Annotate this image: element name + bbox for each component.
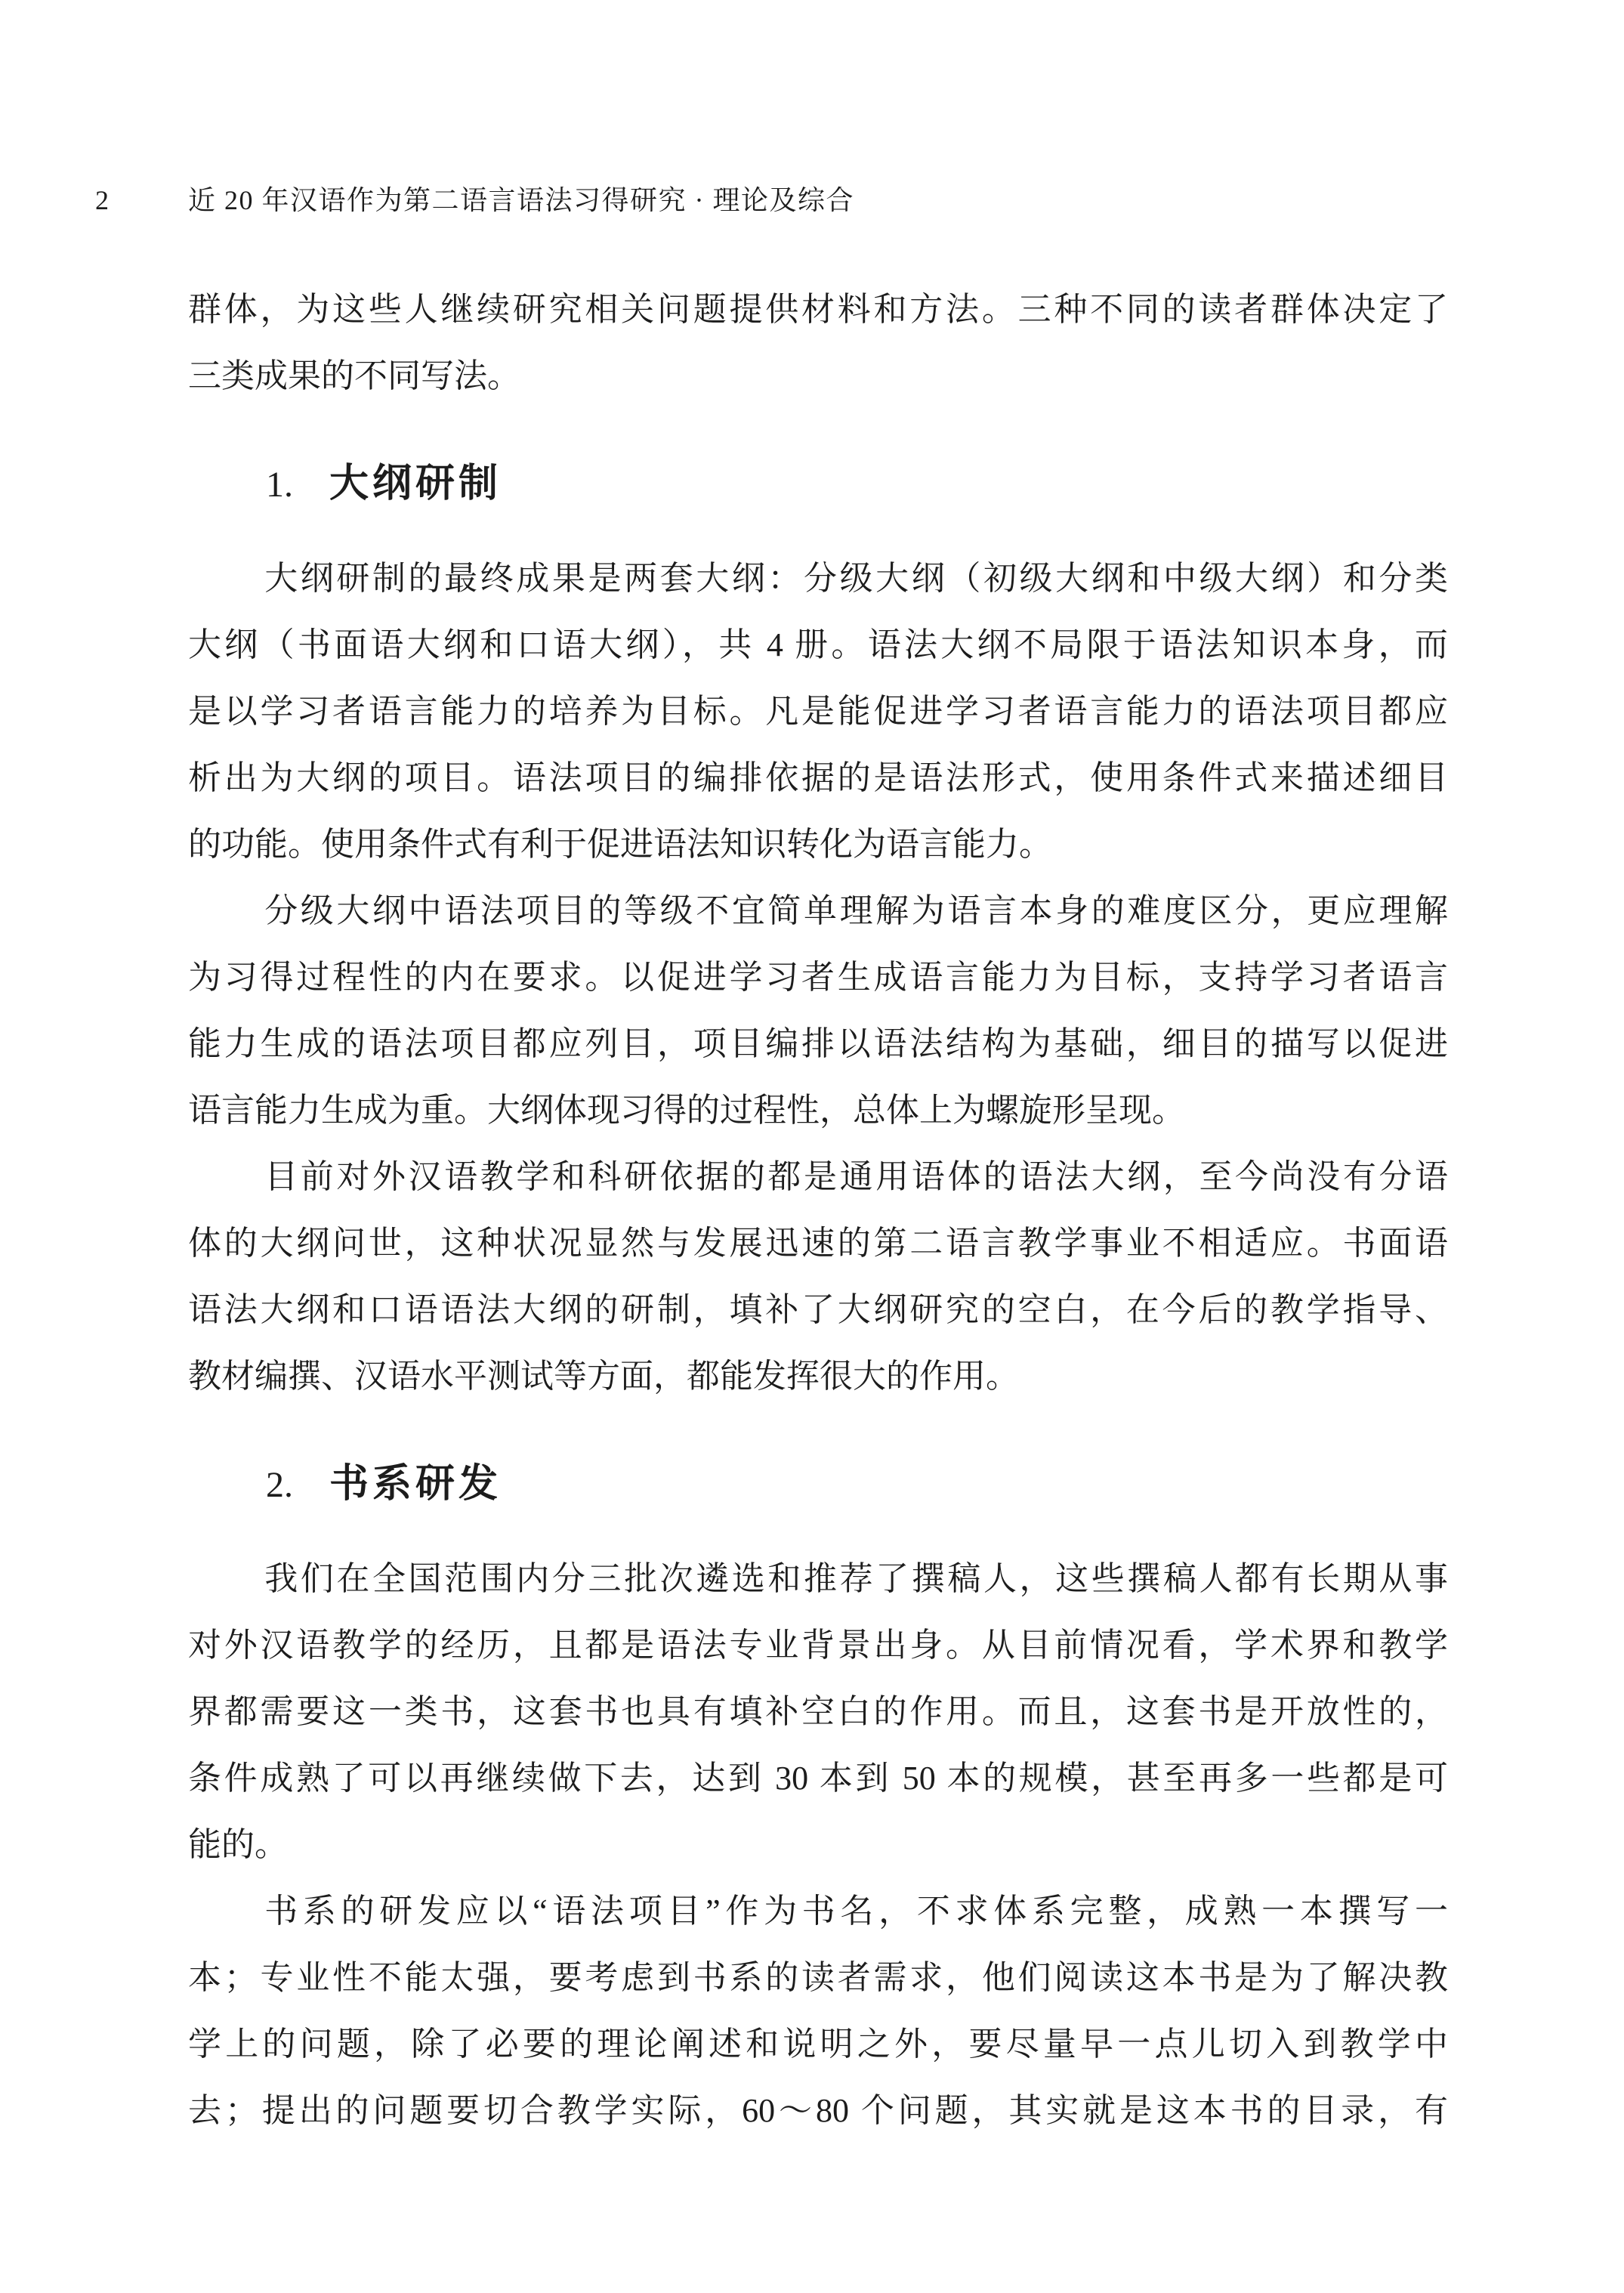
section-2-heading: 2. 书系研发 xyxy=(266,1451,1448,1519)
text-line: 为习得过程性的内在要求。以促进学习者生成语言能力为目标，支持学习者语言 xyxy=(188,944,1448,1011)
text-line: 大纲（书面语大纲和口语大纲），共 4 册。语法大纲不局限于语法知识本身，而 xyxy=(188,612,1448,678)
section-1-heading: 1. 大纲研制 xyxy=(266,450,1448,518)
text-line: 界都需要这一类书，这套书也具有填补空白的作用。而且，这套书是开放性的， xyxy=(188,1679,1448,1745)
section-2-number: 2. xyxy=(266,1465,293,1505)
text-line: 分级大纲中语法项目的等级不宜简单理解为语言本身的难度区分，更应理解 xyxy=(188,878,1448,944)
text-line: 析出为大纲的项目。语法项目的编排依据的是语法形式，使用条件式来描述细目 xyxy=(188,745,1448,811)
running-title: 近 20 年汉语作为第二语言语法习得研究 · 理论及综合 xyxy=(188,181,854,219)
text-line: 的功能。使用条件式有利于促进语法知识转化为语言能力。 xyxy=(188,811,1448,878)
section-1-paragraph-3: 目前对外汉语教学和科研依据的都是通用语体的语法大纲，至今尚没有分语体的大纲问世，… xyxy=(188,1144,1448,1410)
page-header: 2 近 20 年汉语作为第二语言语法习得研究 · 理论及综合 xyxy=(0,181,1624,219)
text-line: 本；专业性不能太强，要考虑到书系的读者需求，他们阅读这本书是为了解决教 xyxy=(188,1945,1448,2011)
text-line: 对外汉语教学的经历，且都是语法专业背景出身。从目前情况看，学术界和教学 xyxy=(188,1612,1448,1679)
text-line: 群体，为这些人继续研究相关问题提供材料和方法。三种不同的读者群体决定了 xyxy=(188,277,1448,343)
text-line: 语言能力生成为重。大纲体现习得的过程性，总体上为螺旋形呈现。 xyxy=(188,1077,1448,1144)
text-line: 目前对外汉语教学和科研依据的都是通用语体的语法大纲，至今尚没有分语 xyxy=(188,1144,1448,1210)
page-body: 群体，为这些人继续研究相关问题提供材料和方法。三种不同的读者群体决定了三类成果的… xyxy=(188,277,1448,2144)
text-line: 三类成果的不同写法。 xyxy=(188,343,1448,409)
text-line: 体的大纲问世，这种状况显然与发展迅速的第二语言教学事业不相适应。书面语 xyxy=(188,1210,1448,1277)
section-1-paragraph-2: 分级大纲中语法项目的等级不宜简单理解为语言本身的难度区分，更应理解为习得过程性的… xyxy=(188,878,1448,1144)
text-line: 是以学习者语言能力的培养为目标。凡是能促进学习者语言能力的语法项目都应 xyxy=(188,678,1448,745)
text-line: 条件成熟了可以再继续做下去，达到 30 本到 50 本的规模，甚至再多一些都是可 xyxy=(188,1745,1448,1812)
text-line: 能的。 xyxy=(188,1812,1448,1878)
section-2-title: 书系研发 xyxy=(329,1463,502,1506)
section-1-paragraph-1: 大纲研制的最终成果是两套大纲：分级大纲（初级大纲和中级大纲）和分类大纲（书面语大… xyxy=(188,545,1448,878)
section-1-number: 1. xyxy=(266,465,293,505)
section-2-paragraph-2: 书系的研发应以“语法项目”作为书名，不求体系完整，成熟一本撰写一本；专业性不能太… xyxy=(188,1878,1448,2144)
page-number: 2 xyxy=(95,181,109,219)
book-page: 2 近 20 年汉语作为第二语言语法习得研究 · 理论及综合 群体，为这些人继续… xyxy=(0,0,1624,2293)
text-line: 大纲研制的最终成果是两套大纲：分级大纲（初级大纲和中级大纲）和分类 xyxy=(188,545,1448,612)
text-line: 教材编撰、汉语水平测试等方面，都能发挥很大的作用。 xyxy=(188,1343,1448,1410)
text-line: 学上的问题，除了必要的理论阐述和说明之外，要尽量早一点儿切入到教学中 xyxy=(188,2011,1448,2078)
section-1-title: 大纲研制 xyxy=(329,462,502,505)
section-2-paragraph-1: 我们在全国范围内分三批次遴选和推荐了撰稿人，这些撰稿人都有长期从事对外汉语教学的… xyxy=(188,1546,1448,1878)
paragraph-intro: 群体，为这些人继续研究相关问题提供材料和方法。三种不同的读者群体决定了三类成果的… xyxy=(188,277,1448,409)
text-line: 我们在全国范围内分三批次遴选和推荐了撰稿人，这些撰稿人都有长期从事 xyxy=(188,1546,1448,1612)
text-line: 语法大纲和口语语法大纲的研制，填补了大纲研究的空白，在今后的教学指导、 xyxy=(188,1277,1448,1343)
text-line: 去；提出的问题要切合教学实际，60～80 个问题，其实就是这本书的目录，有 xyxy=(188,2078,1448,2144)
text-line: 书系的研发应以“语法项目”作为书名，不求体系完整，成熟一本撰写一 xyxy=(188,1878,1448,1945)
text-line: 能力生成的语法项目都应列目，项目编排以语法结构为基础，细目的描写以促进 xyxy=(188,1011,1448,1077)
